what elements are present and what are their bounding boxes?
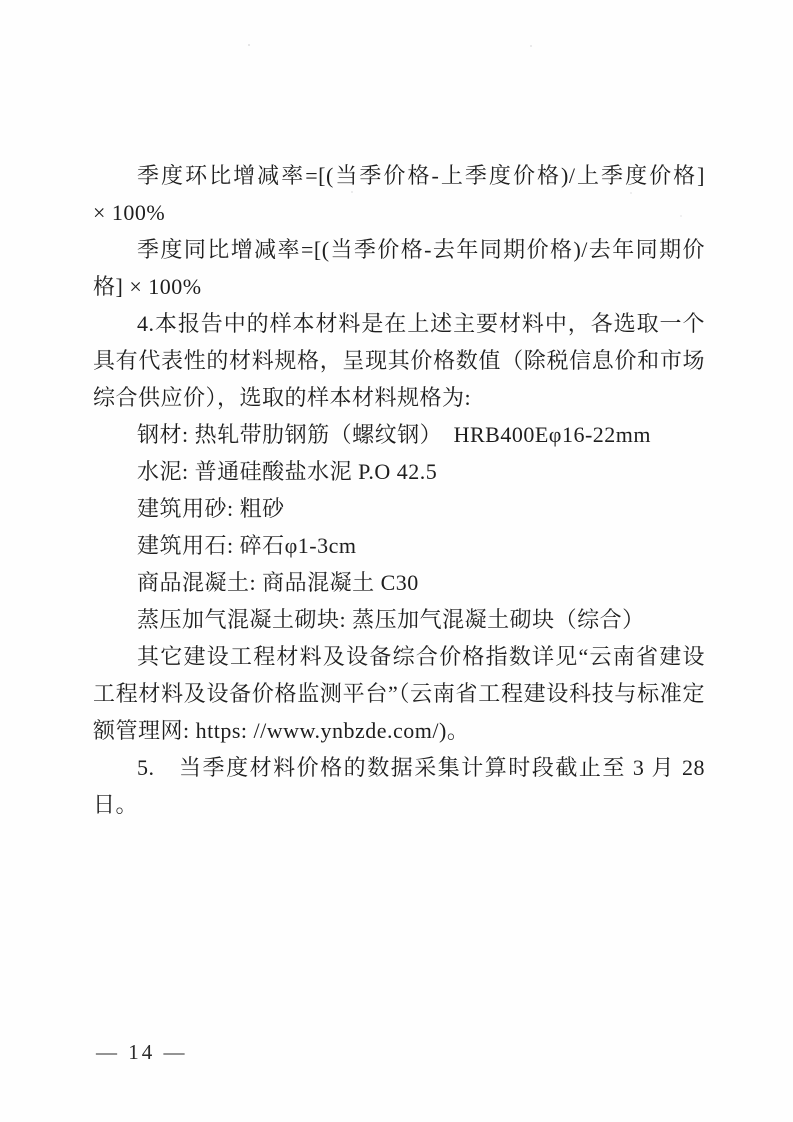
text-line: 日。 — [93, 786, 705, 823]
text-line: 建筑用砂: 粗砂 — [93, 490, 705, 527]
text-line: 建筑用石: 碎石φ1-3cm — [93, 527, 705, 564]
text-line: × 100% — [93, 194, 705, 231]
text-line: 商品混凝土: 商品混凝土 C30 — [93, 564, 705, 601]
document-body: 季度环比增减率=[(当季价格-上季度价格)/上季度价格]× 100%季度同比增减… — [93, 157, 705, 823]
text-line: 其它建设工程材料及设备综合价格指数详见“云南省建设 — [93, 638, 705, 675]
page-number: — 14 — — [96, 1037, 188, 1067]
text-line: 工程材料及设备价格监测平台”（云南省工程建设科技与标准定 — [93, 675, 705, 712]
text-line: 具有代表性的材料规格，呈现其价格数值（除税信息价和市场 — [93, 342, 705, 379]
text-line: 蒸压加气混凝土砌块: 蒸压加气混凝土砌块（综合） — [93, 601, 705, 638]
text-line: 水泥: 普通硅酸盐水泥 P.O 42.5 — [93, 453, 705, 490]
text-line: 季度环比增减率=[(当季价格-上季度价格)/上季度价格] — [93, 157, 705, 194]
text-line: 额管理网: https: //www.ynbzde.com/)。 — [93, 712, 705, 749]
document-page: 季度环比增减率=[(当季价格-上季度价格)/上季度价格]× 100%季度同比增减… — [0, 0, 793, 1122]
text-line: 4.本报告中的样本材料是在上述主要材料中，各选取一个 — [93, 305, 705, 342]
text-line: 综合供应价），选取的样本材料规格为: — [93, 379, 705, 416]
text-line: 季度同比增减率=[(当季价格-去年同期价格)/去年同期价 — [93, 231, 705, 268]
text-line: 5. 当季度材料价格的数据采集计算时段截止至 3 月 28 — [93, 749, 705, 786]
text-line: 钢材: 热轧带肋钢筋（螺纹钢） HRB400Eφ16-22mm — [93, 416, 705, 453]
scan-noise — [0, 0, 2, 2]
text-line: 格] × 100% — [93, 268, 705, 305]
